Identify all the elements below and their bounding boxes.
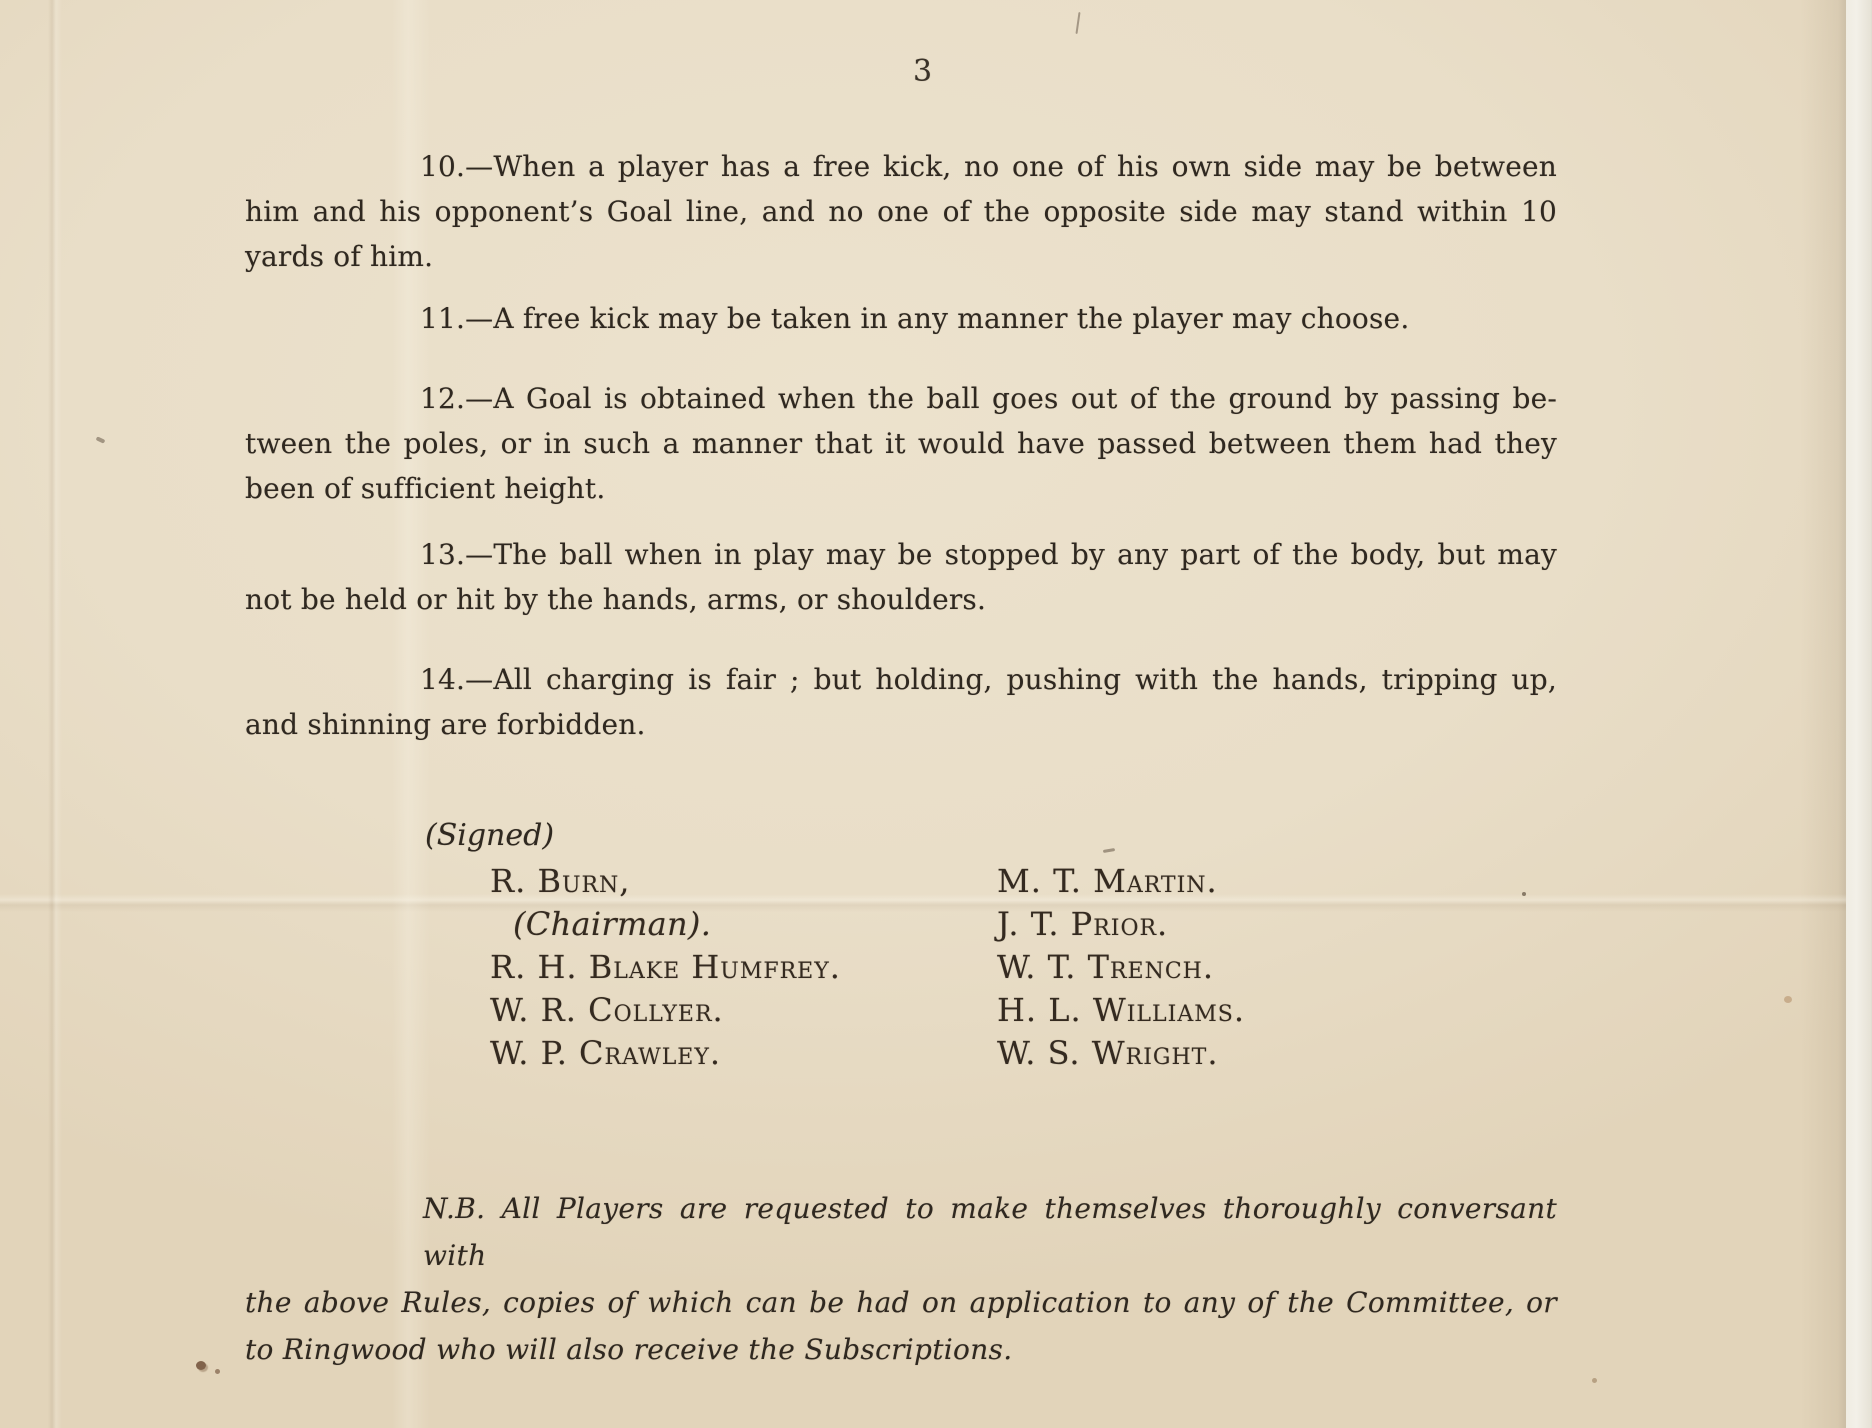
rule-14-paragraph: 14.—All charging is fair ; but holding, … bbox=[245, 657, 1557, 747]
nb-note-line: the above Rules, copies of which can be … bbox=[245, 1279, 1557, 1326]
signature-name: R. H. Blake Humfrey. bbox=[490, 946, 997, 989]
signature-name: W. S. Wright. bbox=[997, 1032, 1245, 1075]
rule-10-paragraph: 10.—When a player has a free kick, no on… bbox=[245, 144, 1557, 279]
rule-12-line: tween the poles, or in such a manner tha… bbox=[245, 421, 1557, 466]
foxing-spot bbox=[196, 1361, 206, 1370]
signature-name: J. T. Prior. bbox=[997, 903, 1245, 946]
rule-12-line: 12.—A Goal is obtained when the ball goe… bbox=[245, 376, 1557, 421]
foxing-spot bbox=[1784, 996, 1792, 1003]
foxing-spot bbox=[215, 1369, 220, 1374]
foxing-spot bbox=[1592, 1378, 1597, 1383]
page-number: 3 bbox=[0, 54, 1846, 89]
signature-name: W. R. Collyer. bbox=[490, 989, 997, 1032]
rule-14-line: and shinning are forbidden. bbox=[245, 702, 1557, 747]
signature-name: W. T. Trench. bbox=[997, 946, 1245, 989]
signature-name: R. Burn, bbox=[490, 860, 997, 903]
nb-note-paragraph: N.B. All Players are requested to make t… bbox=[245, 1185, 1557, 1373]
rule-13-line: not be held or hit by the hands, arms, o… bbox=[245, 577, 1557, 622]
signed-label: (Signed) bbox=[425, 818, 554, 853]
nb-note-line: to Ringwood who will also receive the Su… bbox=[245, 1326, 1557, 1373]
nb-note-line: N.B. All Players are requested to make t… bbox=[245, 1185, 1557, 1279]
signature-name: M. T. Martin. bbox=[997, 860, 1245, 903]
rule-14-line: 14.—All charging is fair ; but holding, … bbox=[245, 657, 1557, 702]
paper-edge-backdrop bbox=[1846, 0, 1872, 1428]
signature-name: W. P. Crawley. bbox=[490, 1032, 997, 1075]
rule-13-paragraph: 13.—The ball when in play may be stopped… bbox=[245, 532, 1557, 622]
rule-11-paragraph: 11.—A free kick may be taken in any mann… bbox=[245, 296, 1557, 341]
rule-11-line: 11.—A free kick may be taken in any mann… bbox=[245, 296, 1557, 341]
foxing-spot bbox=[1522, 892, 1526, 896]
document-scan: 3 10.—When a player has a free kick, no … bbox=[0, 0, 1872, 1428]
signature-role: (Chairman). bbox=[490, 903, 997, 946]
rule-10-line: him and his opponent’s Goal line, and no… bbox=[245, 189, 1557, 234]
signature-name: H. L. Williams. bbox=[997, 989, 1245, 1032]
rule-10-line: yards of him. bbox=[245, 234, 1557, 279]
rule-13-line: 13.—The ball when in play may be stopped… bbox=[245, 532, 1557, 577]
signature-list: R. Burn, M. T. Martin. (Chairman). J. T.… bbox=[490, 860, 1245, 1075]
rule-10-line: 10.—When a player has a free kick, no on… bbox=[245, 144, 1557, 189]
rule-12-line: been of sufficient height. bbox=[245, 466, 1557, 511]
rule-12-paragraph: 12.—A Goal is obtained when the ball goe… bbox=[245, 376, 1557, 511]
